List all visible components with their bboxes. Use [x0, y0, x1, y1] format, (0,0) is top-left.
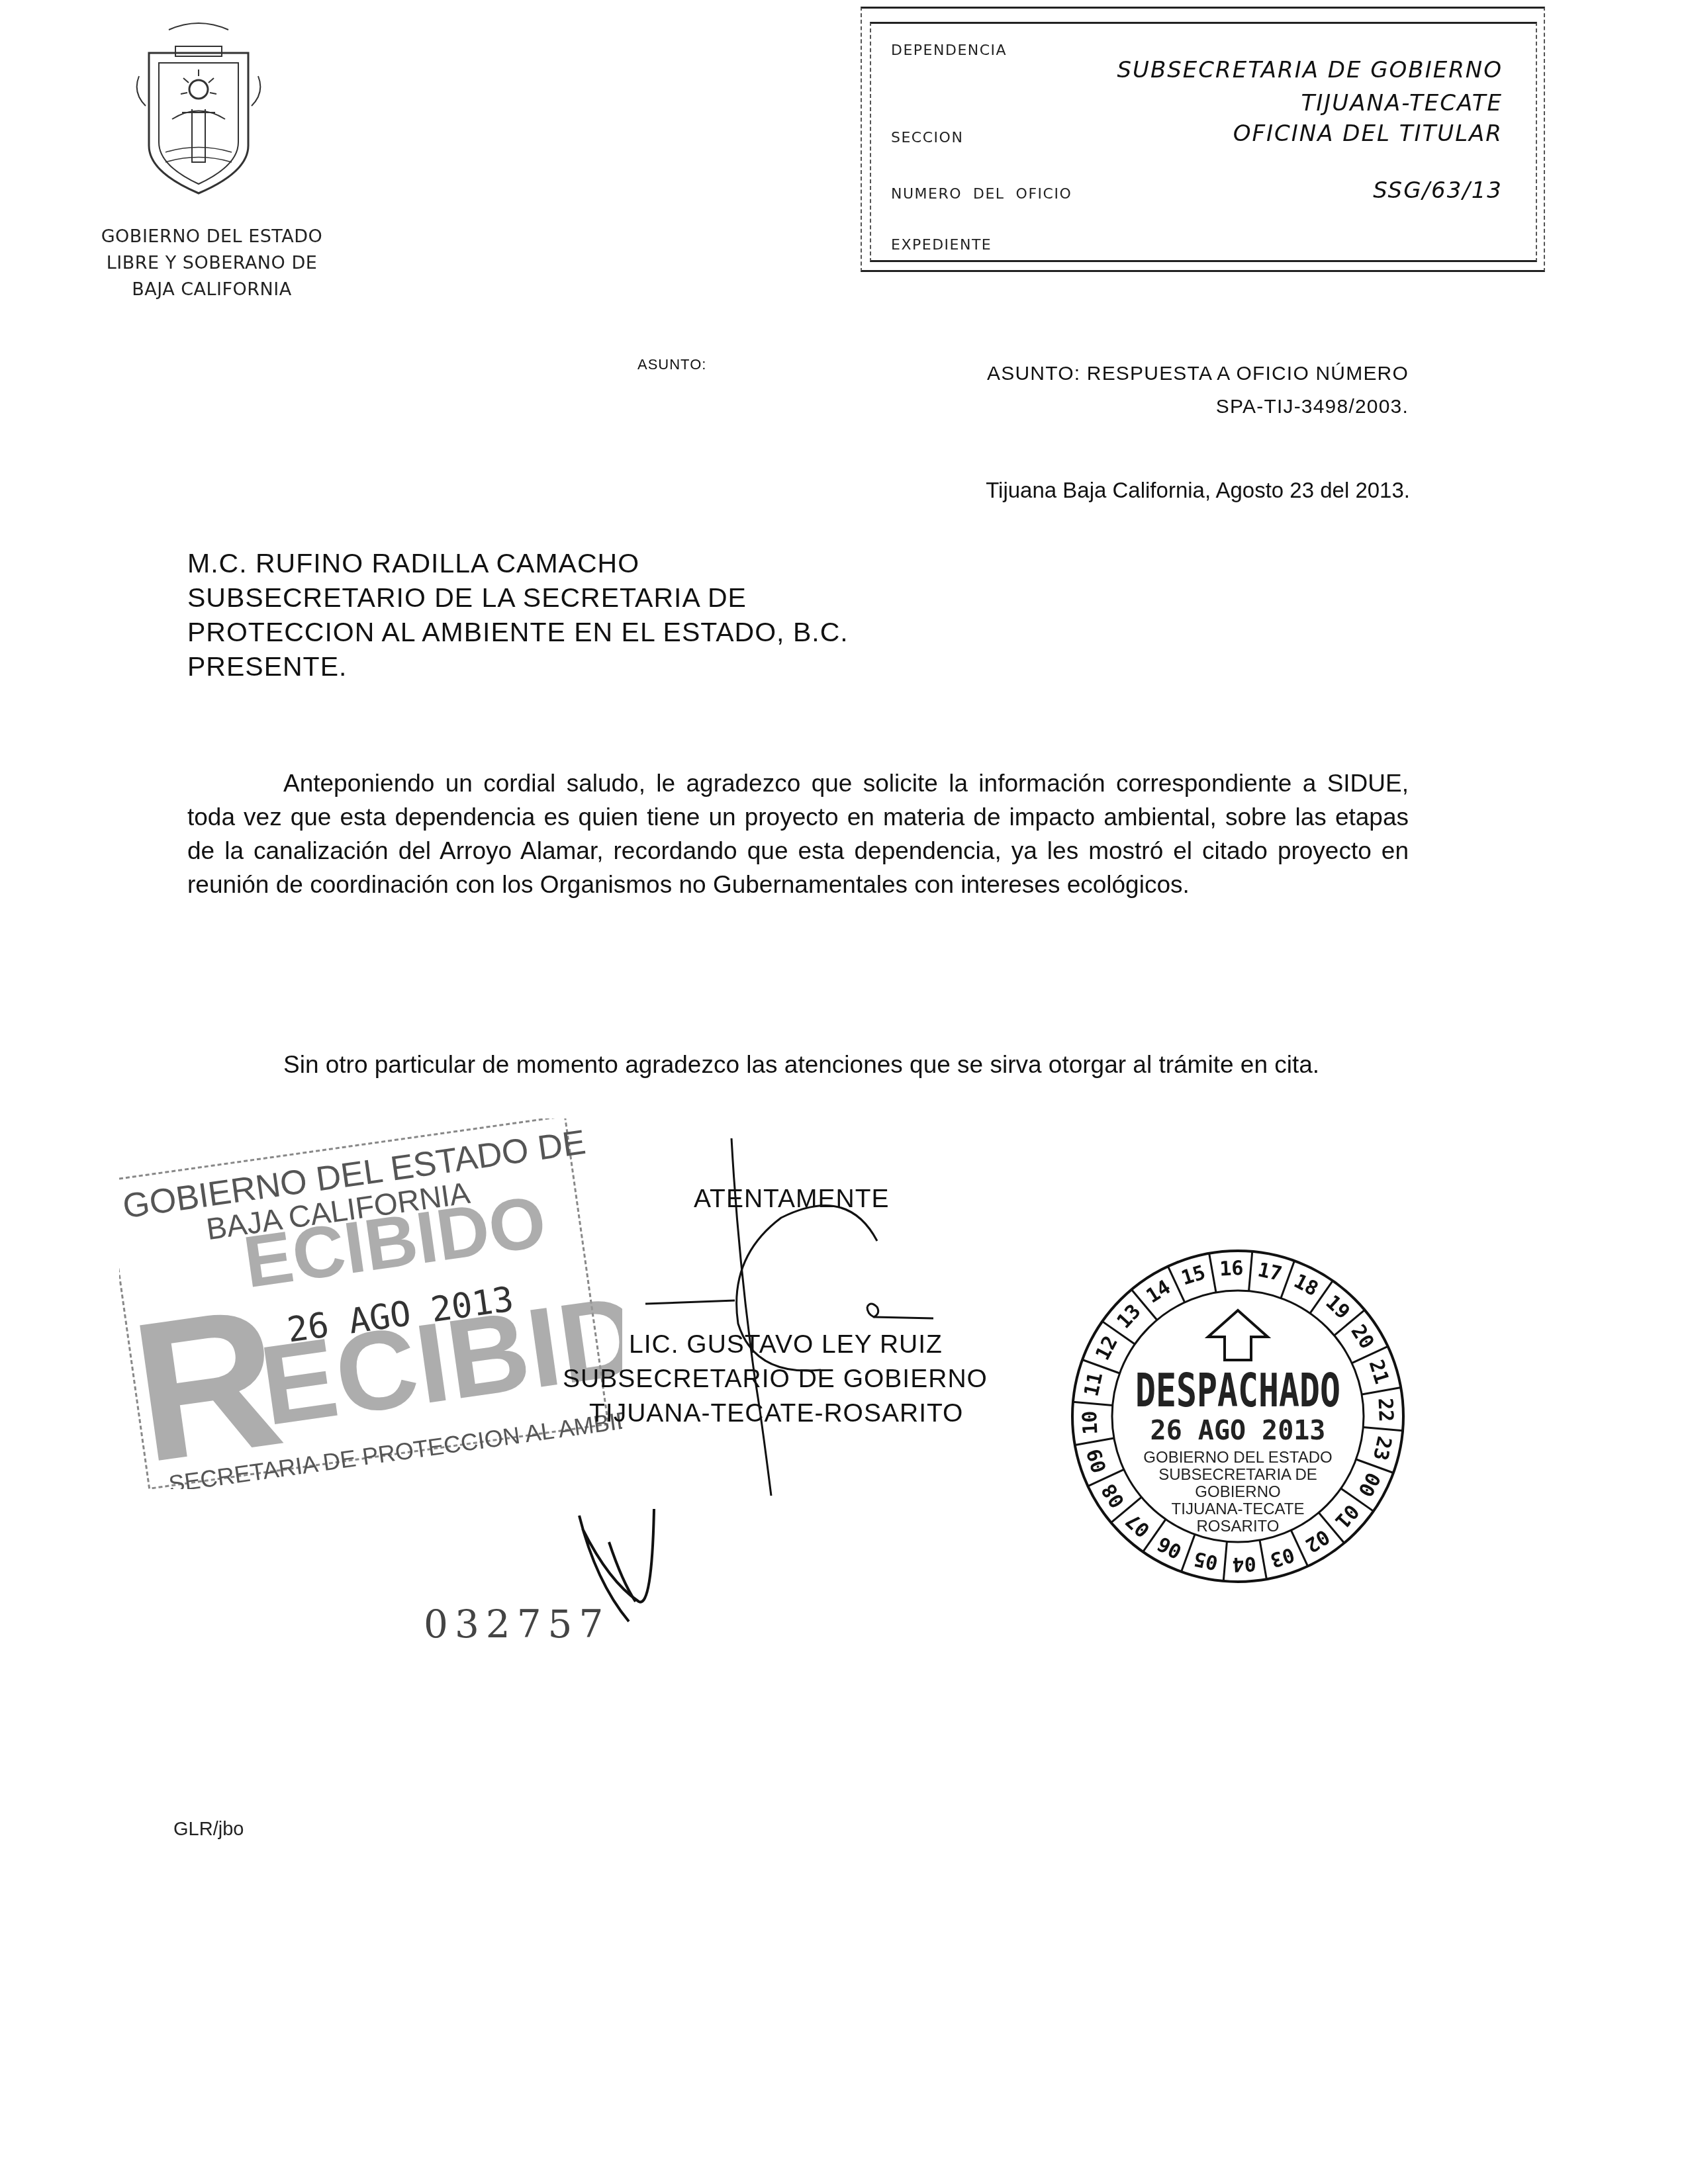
svg-text:04: 04: [1232, 1552, 1257, 1576]
dependencia-value-2: TIJUANA-TECATE: [1301, 90, 1503, 116]
svg-text:26 AGO 2013: 26 AGO 2013: [1150, 1416, 1326, 1446]
coat-of-arms-icon: [122, 20, 275, 199]
svg-text:07: 07: [1121, 1508, 1154, 1541]
svg-text:02: 02: [1301, 1525, 1333, 1557]
asunto-label: ASUNTO:: [637, 356, 706, 373]
svg-text:13: 13: [1112, 1300, 1145, 1333]
svg-text:ROSARITO: ROSARITO: [1197, 1518, 1280, 1535]
signer-title: SUBSECRETARIO DE GOBIERNO: [563, 1365, 988, 1394]
up-arrow-icon: [1208, 1310, 1268, 1360]
svg-text:22: 22: [1374, 1397, 1398, 1422]
svg-text:18: 18: [1290, 1269, 1322, 1301]
handwritten-signature: [622, 1125, 1086, 1496]
svg-text:21: 21: [1364, 1357, 1393, 1387]
body-paragraph-2: Sin otro particular de momento agradezco…: [187, 1048, 1409, 1081]
asunto-line-2: SPA-TIJ-3498/2003.: [1216, 396, 1409, 418]
header-box-inner: DEPENDENCIA SUBSECRETARIA DE GOBIERNO TI…: [870, 22, 1537, 262]
svg-text:06: 06: [1154, 1531, 1186, 1563]
government-name-line-1: GOBIERNO DEL ESTADO: [66, 226, 357, 247]
dependencia-value: SUBSECRETARIA DE GOBIERNO: [1117, 57, 1503, 83]
svg-text:TIJUANA-TECATE: TIJUANA-TECATE: [1172, 1500, 1305, 1518]
svg-text:03: 03: [1268, 1543, 1297, 1572]
seccion-label: SECCION: [891, 130, 963, 146]
government-name-line-3: BAJA CALIFORNIA: [66, 279, 357, 300]
svg-text:SUBSECRETARIA DE: SUBSECRETARIA DE: [1158, 1466, 1317, 1484]
body-paragraph-1: Anteponiendo un cordial saludo, le agrad…: [187, 766, 1409, 901]
expediente-label: EXPEDIENTE: [891, 237, 992, 253]
svg-text:08: 08: [1097, 1479, 1129, 1512]
svg-text:16: 16: [1219, 1257, 1244, 1281]
svg-text:19: 19: [1321, 1291, 1354, 1324]
recipient-presente: PRESENTE.: [187, 651, 347, 682]
svg-text:12: 12: [1091, 1332, 1123, 1364]
recipient-title-2: PROTECCION AL AMBIENTE EN EL ESTADO, B.C…: [187, 617, 849, 648]
svg-text:23: 23: [1368, 1434, 1396, 1463]
svg-text:DESPACHADO: DESPACHADO: [1135, 1363, 1340, 1418]
svg-text:GOBIERNO DEL ESTADO: GOBIERNO DEL ESTADO: [1143, 1449, 1332, 1467]
svg-text:01: 01: [1330, 1500, 1363, 1533]
svg-text:14: 14: [1143, 1275, 1175, 1308]
svg-text:10: 10: [1078, 1410, 1103, 1435]
date-line: Tijuana Baja California, Agosto 23 del 2…: [986, 478, 1410, 503]
svg-text:20: 20: [1346, 1321, 1379, 1353]
recibido-stamp: GOBIERNO DEL ESTADO DE BAJA CALIFORNIA R…: [119, 1118, 622, 1489]
recipient-title-1: SUBSECRETARIO DE LA SECRETARIA DE: [187, 582, 747, 614]
svg-text:05: 05: [1192, 1547, 1220, 1574]
svg-text:17: 17: [1256, 1258, 1284, 1286]
numero-oficio-value: SSG/63/13: [1373, 177, 1503, 204]
asunto-line-1: ASUNTO: RESPUESTA A OFICIO NÚMERO: [987, 363, 1409, 385]
signer-name: LIC. GUSTAVO LEY RUIZ: [629, 1330, 943, 1359]
recipient-name: M.C. RUFINO RADILLA CAMACHO: [187, 548, 639, 579]
despachado-stamp: 1415161718192021222300010203040506070809…: [1066, 1244, 1410, 1588]
numero-oficio-label: NUMERO DEL OFICIO: [891, 186, 1072, 203]
signer-region: TIJUANA-TECATE-ROSARITO: [589, 1399, 963, 1428]
document-header-box: DEPENDENCIA SUBSECRETARIA DE GOBIERNO TI…: [861, 7, 1545, 272]
svg-text:GOBIERNO: GOBIERNO: [1195, 1483, 1280, 1501]
seccion-value: OFICINA DEL TITULAR: [1233, 120, 1503, 147]
svg-text:11: 11: [1080, 1370, 1107, 1398]
svg-text:00: 00: [1353, 1469, 1385, 1500]
government-name-line-2: LIBRE Y SOBERANO DE: [66, 253, 357, 273]
svg-text:15: 15: [1178, 1261, 1208, 1290]
dependencia-label: DEPENDENCIA: [891, 42, 1007, 59]
svg-text:09: 09: [1082, 1446, 1111, 1476]
handwritten-checkmark-icon: [569, 1502, 662, 1635]
typist-initials: GLR/jbo: [173, 1819, 244, 1841]
